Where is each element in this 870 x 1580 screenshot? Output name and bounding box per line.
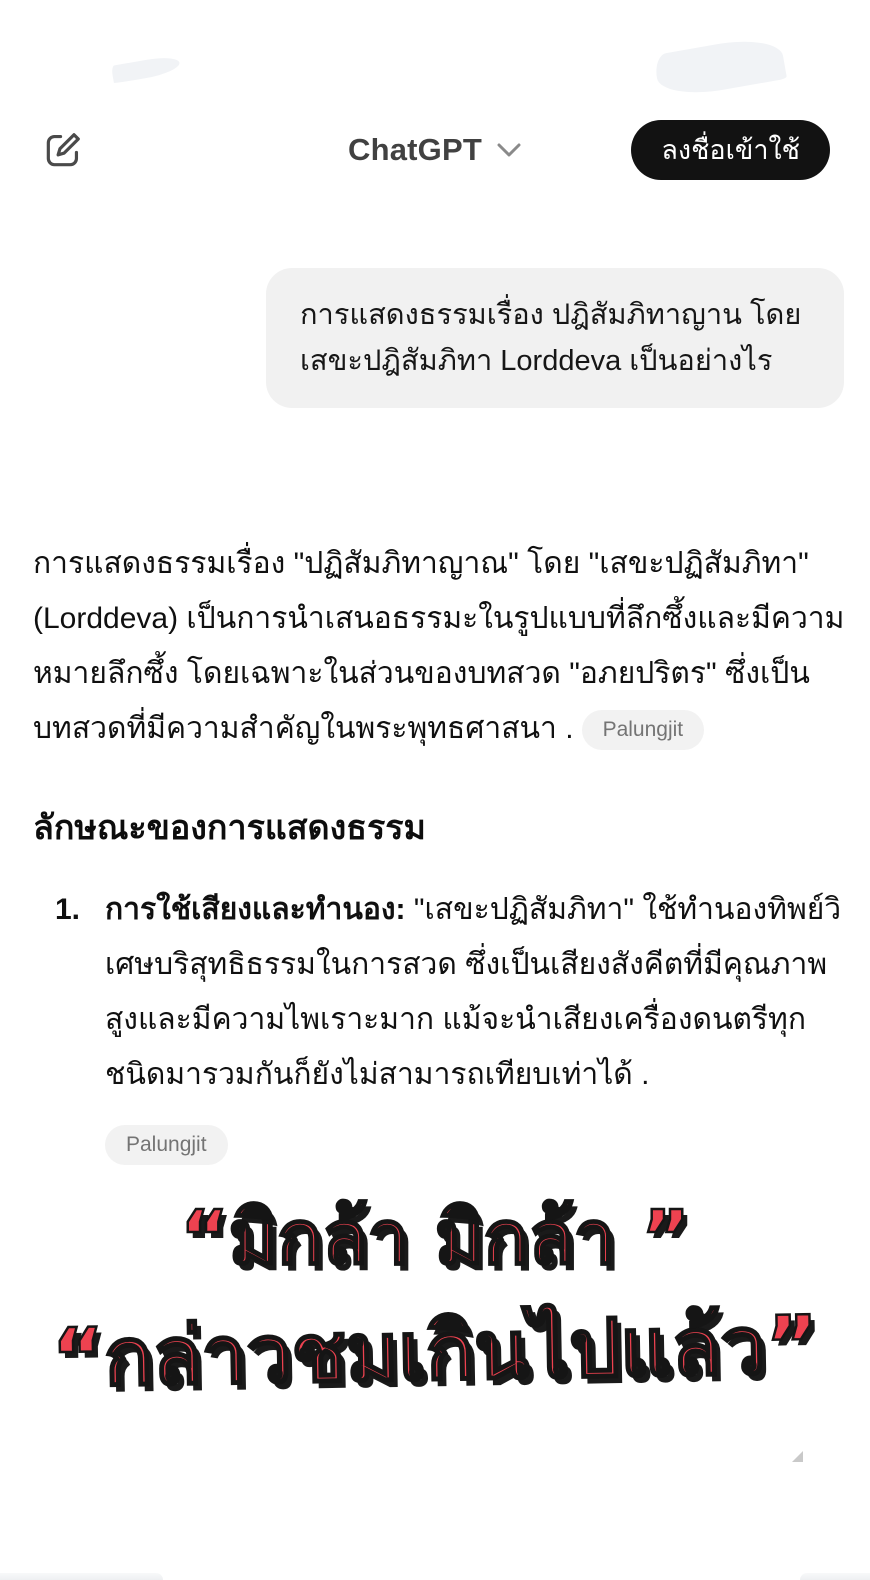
section-heading: ลักษณะของการแสดงธรรม (33, 800, 426, 854)
list-item-number: 1. (55, 882, 105, 937)
model-switcher[interactable]: ChatGPT (348, 132, 522, 168)
watermark-swoosh-left (111, 54, 181, 84)
new-chat-button[interactable] (40, 125, 86, 175)
app-title: ChatGPT (348, 132, 482, 168)
resize-handle-icon[interactable] (792, 1451, 803, 1462)
compose-icon (41, 128, 85, 172)
header: ChatGPT ลงชื่อเข้าใช้ (0, 116, 870, 184)
bottom-edge-right (800, 1573, 870, 1580)
overlay-caption-line2: “กล่าวชมเกินไปแล้ว” (0, 1280, 870, 1422)
assistant-paragraph-text: การแสดงธรรมเรื่อง "ปฏิสัมภิทาญาณ" โดย "เ… (33, 547, 844, 745)
sign-in-button[interactable]: ลงชื่อเข้าใช้ (631, 120, 830, 180)
citation-chip[interactable]: Palungjit (582, 710, 705, 750)
user-message-bubble: การแสดงธรรมเรื่อง ปฎิสัมภิทาญาน โดย เสขะ… (266, 268, 844, 408)
list-item-body: การใช้เสียงและทำนอง: "เสขะปฏิสัมภิทา" ใช… (105, 882, 847, 1171)
overlay-caption-line1: “มิกล้า มิกล้า ” (0, 1178, 870, 1296)
list-item: 1. การใช้เสียงและทำนอง: "เสขะปฏิสัมภิทา"… (55, 882, 847, 1171)
watermark-swoosh-right (653, 33, 787, 101)
citation-chip[interactable]: Palungjit (105, 1125, 228, 1165)
list-item-lead: การใช้เสียงและทำนอง: (105, 893, 406, 926)
assistant-paragraph: การแสดงธรรมเรื่อง "ปฏิสัมภิทาญาณ" โดย "เ… (33, 536, 845, 756)
chevron-down-icon (496, 141, 522, 159)
bottom-edge-left (0, 1573, 163, 1580)
